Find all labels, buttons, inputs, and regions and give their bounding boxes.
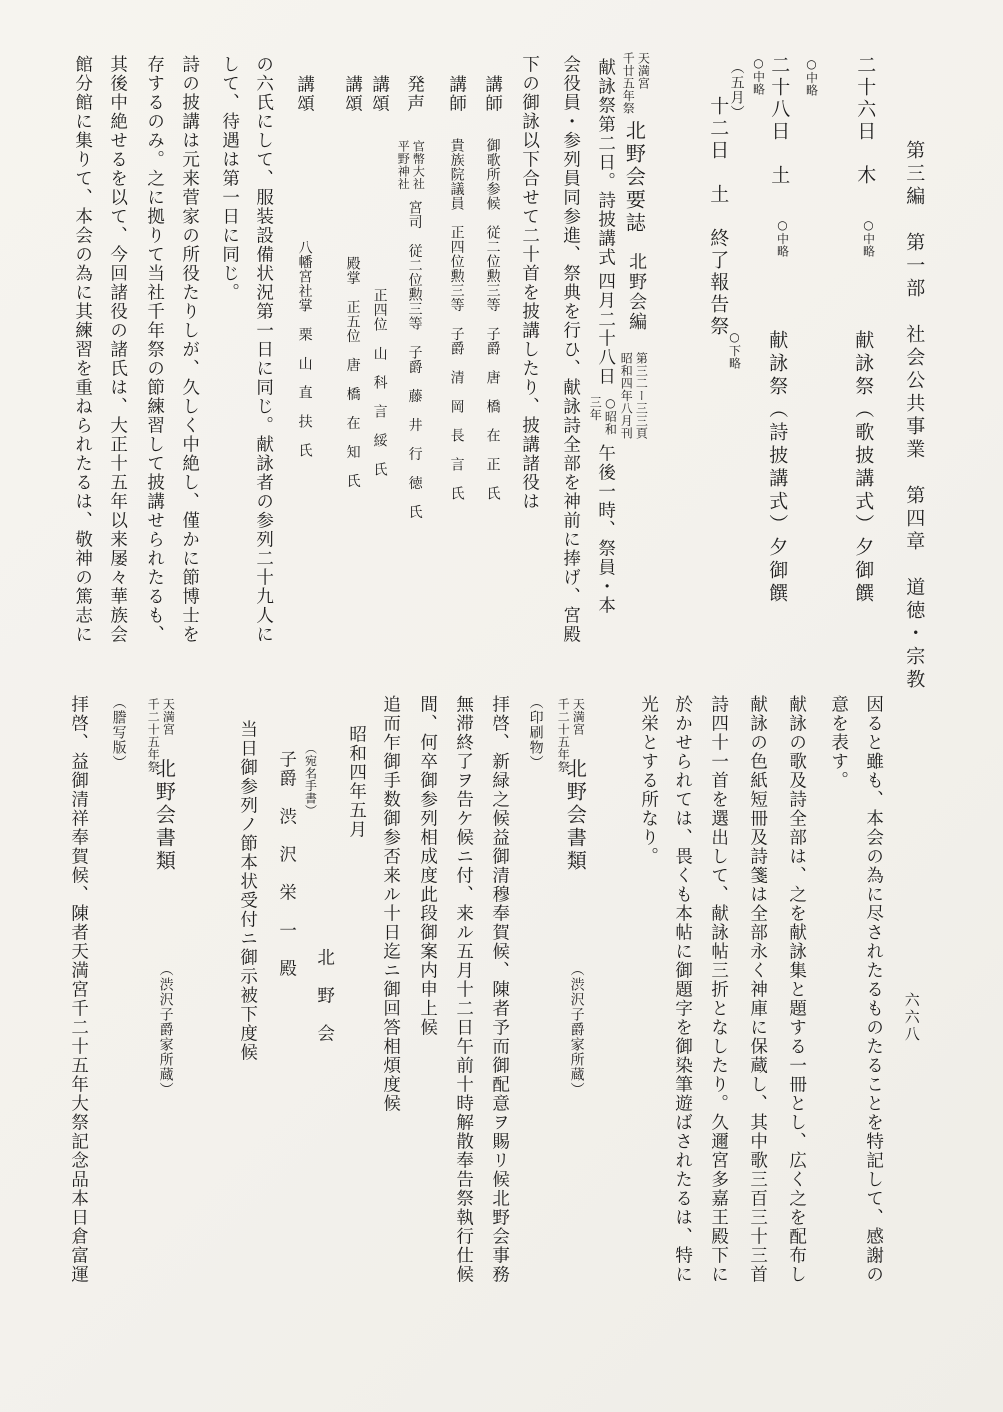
letter1-postscript: 追而乍御手数御参否来ル十日迄ニ御回答相煩度候 xyxy=(380,695,400,1113)
role5-label: 講頌 xyxy=(342,75,362,113)
article-date-era-left: 三年 xyxy=(588,396,601,421)
letter1-date: 昭和四年五月 xyxy=(346,725,366,839)
role3-detail: 宮司 従二位勲三等 子爵 藤 井 行 徳 氏 xyxy=(406,200,422,519)
role3-shrine-right: 官幣大社 xyxy=(411,140,424,190)
diary-entry1-event: 献詠祭（歌披講式）夕御饌 xyxy=(852,330,873,606)
letter1-signature: 北 野 会 xyxy=(314,948,334,1043)
diary-entry3-month-note: （五月） xyxy=(728,60,744,120)
diary-between-omission-note: ○中略 xyxy=(804,57,817,97)
book-page-scan: 第三編 第一部 社会公共事業 第四章 道徳・宗教 六六八 二十六日 木 ○中略 … xyxy=(0,0,1003,1412)
source1-title: 北野会要誌 xyxy=(623,120,645,235)
paragraph2-line2: 存するのみ。之に拠りて当社千年祭の節練習して披講せられたるも、 xyxy=(144,55,164,644)
role1-detail: 御歌所参候 従二位勲三等 子爵 唐 橋 在 正 氏 xyxy=(484,138,500,501)
letter1-addressee-note: （宛名手書） xyxy=(303,742,316,817)
diary-entry3-date-event: 十二日 土 終了報告祭 xyxy=(707,96,728,338)
source2-title: 北野会書類 xyxy=(564,758,586,873)
letter1-line3: 間、何卒御参列相成度此段御案内申上候 xyxy=(417,695,437,1037)
role3-shrine-left: 平野神社 xyxy=(396,140,409,190)
source1-ref-pages: 第三二ー三三頁 xyxy=(634,352,647,440)
role5-detail: 殿掌 正五位 唐 橋 在 知 氏 xyxy=(344,256,360,488)
diary-entry3-end-omission-note: ○下略 xyxy=(727,330,740,370)
paragraph2-line5: 因ると雖も、本会の為に尽されたるものたることを特記して、感謝の xyxy=(863,695,883,1284)
page-number: 六六八 xyxy=(903,992,920,1043)
source2-owner: （渋沢子爵家所蔵） xyxy=(568,962,584,1097)
diary-entry1-omission-note: ○中略 xyxy=(861,218,874,258)
role3-label: 発声 xyxy=(404,75,424,113)
source1-festival-annotation: 天満宮 千廿五年祭 xyxy=(621,52,649,115)
source1-reference-annotation: 第三二ー三三頁 昭和四年八月刊 xyxy=(619,352,647,440)
paragraph3-line1: 献詠の歌及詩全部は、之を献詠集と題する一冊とし、広く之を配布し xyxy=(786,695,806,1284)
article-line1-tail: 午後一時、祭員・本 xyxy=(595,444,615,615)
article-date-era-right: ○昭和 xyxy=(603,396,616,436)
diary-entry1-date: 二十六日 木 xyxy=(854,55,875,187)
role2-detail: 貴族院議員 正四位勲三等 子爵 清 岡 長 言 氏 xyxy=(448,138,464,501)
paragraph2-line3: 其後中絶せるを以て、今回諸役の諸氏は、大正十五年以来屡々華族会 xyxy=(107,55,127,644)
source3-festival-right: 天満宮 xyxy=(161,698,174,736)
source3-owner: （渋沢子爵家所蔵） xyxy=(157,962,173,1097)
role3-shrine-annotation: 官幣大社 平野神社 xyxy=(396,140,424,190)
paragraph2-line4: 館分館に集りて、本会の為に其練習を重ねられたるは、敬神の篤志に xyxy=(72,55,92,644)
role1-label: 講師 xyxy=(482,75,502,113)
source1-festival-left: 千廿五年祭 xyxy=(621,52,634,115)
source1-festival-right: 天満宮 xyxy=(636,52,649,90)
article-line2: 会役員・参列員同参進、祭典を行ひ、献詠詩全部を神前に捧げ、宮殿 xyxy=(560,55,580,644)
paragraph3-line5: 光栄とする所なり。 xyxy=(638,695,658,866)
paragraph3-line2: 献詠の色紙短冊及詩箋は全部永く神庫に保蔵し、其中歌三百三十三首 xyxy=(747,695,767,1284)
role6-detail: 八幡宮社掌 栗 山 直 扶 氏 xyxy=(296,240,312,458)
article-date-era-annotation: ○昭和 三年 xyxy=(588,396,616,436)
letter1-addressee: 子爵 渋 沢 栄 一 殿 xyxy=(276,750,296,978)
letter1-line5: 当日御参列ノ節本状受付ニ御示被下度候 xyxy=(237,720,257,1062)
role4-label: 講頌 xyxy=(369,75,389,113)
role2-label: 講師 xyxy=(446,75,466,113)
role4-detail: 正四位 山 科 言 綏 氏 xyxy=(371,288,387,477)
article-date: 四月二十八日 xyxy=(595,272,615,386)
source2-festival-right: 天満宮 xyxy=(571,698,584,736)
letter1-line1: 拝啓、新緑之候益御清穆奉賀候、陳者予而御配意ヲ賜リ候北野会事務 xyxy=(489,695,509,1284)
source1-editor: 北野会編 xyxy=(626,252,646,332)
diary-entry3-omission-note: ○中略 xyxy=(751,56,764,96)
role6-label: 講頌 xyxy=(294,75,314,113)
source1-ref-pub: 昭和四年八月刊 xyxy=(619,352,632,440)
article-line3: 下の御詠以下合せて二十首を披講したり、披講諸役は xyxy=(519,55,539,511)
running-head: 第三編 第一部 社会公共事業 第四章 道徳・宗教 xyxy=(903,140,924,692)
article-line5: して、待遇は第一日に同じ。 xyxy=(219,55,239,302)
letter2-line1: 拝啓、益御清祥奉賀候、陳者天満宮千二十五年大祭記念品本日倉富運 xyxy=(68,695,88,1284)
paragraph3-line3: 詩四十一首を選出して、献詠帖三折となしたり。久邇宮多嘉王殿下に xyxy=(708,695,728,1284)
source3-medium: （謄写版） xyxy=(110,695,126,770)
paragraph2-line6: 意を表す。 xyxy=(828,695,848,790)
letter1-line2: 無滞終了ヲ告ケ候ニ付、来ル五月十二日午前十時解散奉告祭執行仕候 xyxy=(453,695,473,1284)
article-heading: 献詠祭第二日。詩披講式 xyxy=(595,58,615,267)
paragraph3-line4: 於かせられては、畏くも本帖に御題字を御染筆遊ばされたるは、特に xyxy=(672,695,692,1284)
article-line4: の六氏にして、服装設備状況第一日に同じ。献詠者の参列二十九人に xyxy=(253,55,273,644)
diary-entry2-date: 二十八日 土 xyxy=(768,55,789,187)
source2-medium: （印刷物） xyxy=(527,695,543,770)
diary-entry2-omission-note: ○中略 xyxy=(775,218,788,258)
diary-entry2-event: 献詠祭（詩披講式）夕御饌 xyxy=(766,330,787,606)
paragraph2-line1: 詩の披講は元来菅家の所役たりしが、久しく中絶し、僅かに節博士を xyxy=(179,55,199,644)
source3-title: 北野会書類 xyxy=(153,758,175,873)
